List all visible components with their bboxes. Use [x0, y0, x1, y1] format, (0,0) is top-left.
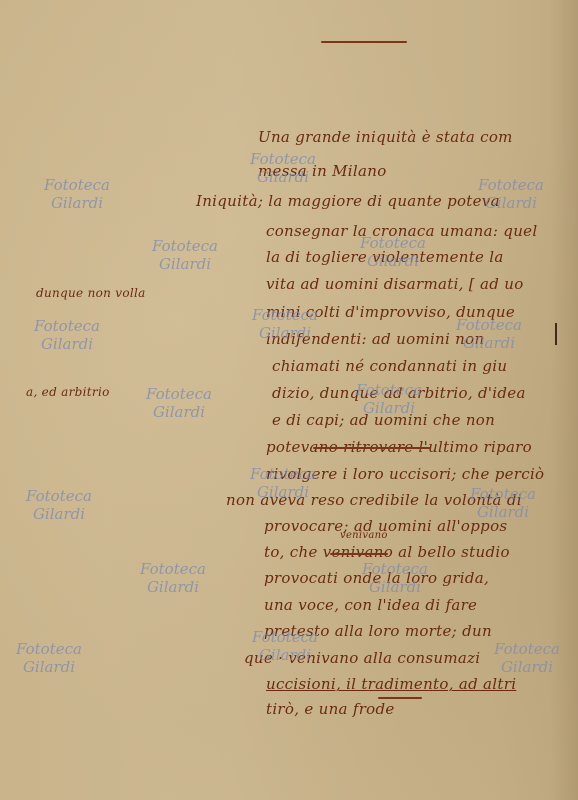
- watermark: FototecaGilardi: [238, 465, 328, 501]
- watermark: FototecaGilardi: [240, 306, 330, 342]
- margin-vertical-mark: [555, 323, 557, 345]
- watermark: FototecaGilardi: [14, 487, 104, 523]
- watermark: FototecaGilardi: [444, 316, 534, 352]
- watermark: FototecaGilardi: [32, 176, 122, 212]
- manuscript-line-9: chiamati né condannati in giu: [272, 357, 507, 375]
- watermark: FototecaGilardi: [140, 237, 230, 273]
- watermark: FototecaGilardi: [458, 485, 548, 521]
- watermark: FototecaGilardi: [22, 317, 112, 353]
- strikethrough-mark: [313, 447, 431, 449]
- watermark: FototecaGilardi: [482, 640, 572, 676]
- manuscript-page: Una grande iniquità è stata com messa in…: [0, 0, 578, 800]
- manuscript-line-1: Una grande iniquità è stata com: [258, 128, 513, 146]
- watermark: FototecaGilardi: [348, 234, 438, 270]
- watermark: FototecaGilardi: [350, 560, 440, 596]
- watermark: FototecaGilardi: [4, 640, 94, 676]
- strikethrough-mark: [330, 553, 388, 555]
- top-rule: [321, 41, 407, 43]
- manuscript-line-3: Iniquità; la maggiore di quante poteva: [196, 192, 500, 210]
- margin-note-1: dunque non volla: [36, 286, 146, 300]
- watermark: FototecaGilardi: [128, 560, 218, 596]
- margin-note-2: a, ed arbitrio: [26, 385, 110, 399]
- watermark: FototecaGilardi: [344, 381, 434, 417]
- manuscript-line-18: una voce, con l'idea di fare: [264, 596, 477, 614]
- manuscript-line-6: vita ad uomini disarmati, [ ad uo: [266, 275, 524, 293]
- watermark: FototecaGilardi: [238, 150, 328, 186]
- underline-mark: [378, 697, 422, 699]
- watermark: FototecaGilardi: [134, 385, 224, 421]
- paper-edge-shadow: [550, 0, 578, 800]
- manuscript-line-16: to, che venivano al bello studio: [264, 543, 510, 561]
- manuscript-line-22: tirò, e una frode: [266, 700, 395, 718]
- above-line-insertion: venivano: [340, 530, 388, 541]
- manuscript-line-21: uccisioni, il tradimento, ad altri: [266, 675, 516, 693]
- watermark: FototecaGilardi: [466, 176, 556, 212]
- watermark: FototecaGilardi: [240, 628, 330, 664]
